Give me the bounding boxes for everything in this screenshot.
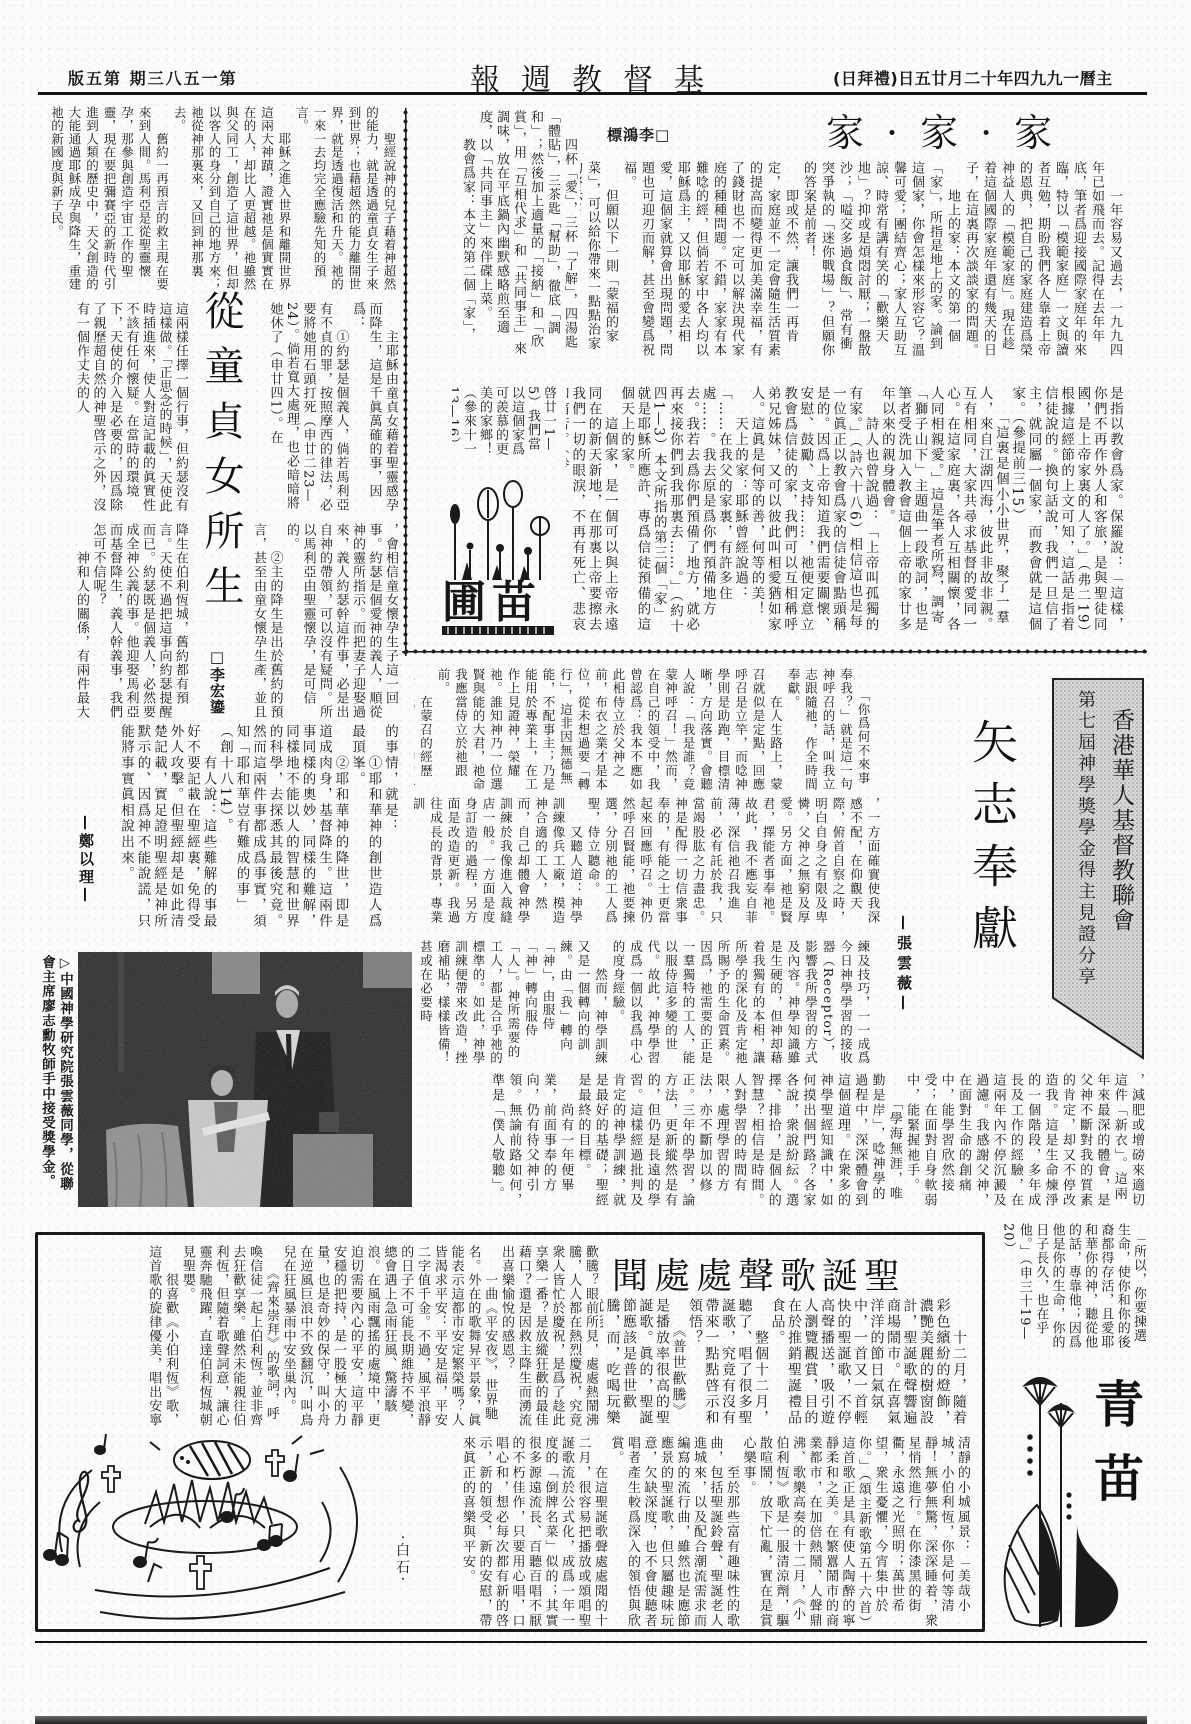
article-text-block: 十二月，隨着彩色繽紛的燈飾，濃艷美麗的樹窗設計，聖誕歌聲響遍商場鬧市。在喜氣洋洋… [600,1298,967,1427]
article-title: 家·家·家 [826,102,1074,157]
article-text-block: 是指以教會爲家。保羅說：「這樣，你們不再作外人和客旅，是與聖徒同國，是上帝家裏的… [566,386,1123,636]
page-bottom-rule [35,1641,1147,1643]
article-text-block: 這兩樣任擇一個行事，但約瑟沒有這樣做。「正思念的時候」，天使此時插進來，使人對這… [54,302,188,514]
banner-organization: 香港華人基督教聯會 [1105,708,1138,933]
article-text-block: 「你爲何不來事奉我？」就是這一句神呼召的話，叫我立志跟隨祂，作全時間奉獻。 在人… [414,668,872,792]
issue-date: 主曆一九九四年十二月廿五日(禮拜日) [833,66,1113,89]
article-text-block: 主耶穌由童貞女藉着聖靈感孕而降生，這是千眞萬確的事，因爲： ①約瑟是個義人，倘若… [248,302,398,514]
banner-subtitle: 第七屆神學獎學金得主見證分享 [1072,690,1098,988]
award-ceremony-photo [78,952,412,1207]
seedbed-logo-text: 苗圃 [442,580,542,626]
article-text-block: ，一方面確實使我深感不配，在仰觀天際，俯首自察之時，明白自身之有限及卑憐，父神之… [414,797,882,926]
article-title: 矢志奉獻 [965,718,1019,978]
article-text-block: 聖經說神的兒子藉着神超然的能力，就是透過童貞女生子來到世界；也藉超然的能力離開世… [50,106,398,294]
article-recipe-block: 四杯「愛」，三杯「了解」，四湯匙「體貼」，三茶匙「幫助」，徹底「調和」；然後加上… [446,110,578,358]
article-title: 從童貞女所生 [196,290,244,630]
issue-page-label: 第一五八三期 第五版 [68,66,238,89]
article-text-block: 歡騰？眼前所見，處處熱鬧沸騰，人人都在熱烈慶祝，究竟衆人皆忙於慶祝，是爲了趁此享… [46,1245,598,1428]
article-text-block: 一年容易又過去，一九九四年已如飛而去。記得在去年年底，筆者爲迎接國際家庭年的來臨… [580,161,1123,359]
closing-scripture-verse: 「所以，你要揀選生命，使你和你的後裔都得存活，且愛耶和華你的神，聽從他的話，專靠… [996,1223,1146,1351]
article-byline: □李鴻標 [607,124,670,145]
article-text-block: ，會相信童女懷孕生子這一回事。約瑟是個愛神的義人，順從神的靈所指示。而把妻子迎娶… [248,523,398,721]
masthead-rule [38,92,1147,95]
article-text-block: 降生在伯利恆城，舊約都有預言。天使不過把這事向約瑟提醒而已。約瑟既是個義人，必然… [54,523,188,721]
page-bottom-band [35,1716,1147,1724]
article-text-block-tail: 啓廿一1—5）我們當以這個家爲可羨慕的更美的家鄉！（參來十一13—16） [452,386,556,458]
photo-caption: ▷中國神學研究院張雲薇同學，從聯會主席廖志勳牧師手中接受獎學金。 [36,955,74,1205]
ornamental-border-left [402,108,409,656]
article-text-block: 清靜的小城風景：「美哉小城，小伯利恆，你是何等清靜！無夢無驚，深深睡着，衆星悄然… [405,1436,970,1629]
ornamental-border-bottom [402,648,1147,655]
article-byline: □李宏鎏 [207,648,228,715]
article-title: 聖誕歌聲處處聞 [612,1248,906,1299]
article-byline: ·白石· [392,1535,412,1584]
note-text-block: 的事情，就是： ①耶和華神的創世造人爲最頂峯。 ②耶和華神的降世，即是道成肉身，… [100,724,398,932]
article-byline: —張雲薇— [894,915,915,1015]
nativity-music-illustration [40,1432,390,1628]
newspaper-page: 第一五八三期 第五版 基督教週報 主曆一九九四年十二月廿五日(禮拜日) 家·家·… [0,0,1191,1724]
note-signature: —鄭以理— [76,815,97,905]
article-text-block: 練及技巧，一一成爲今日神學學習的接收器（Receptor），影響我所學習的方式及… [414,940,872,1066]
seedling-logo-text: 青苗 [1086,1378,1144,1558]
article-text-block: ，減肥或增磅來適切這件「新衣」。這兩年來最深的體會，是父神不斷對我的質素的肯定，… [420,1073,1145,1209]
